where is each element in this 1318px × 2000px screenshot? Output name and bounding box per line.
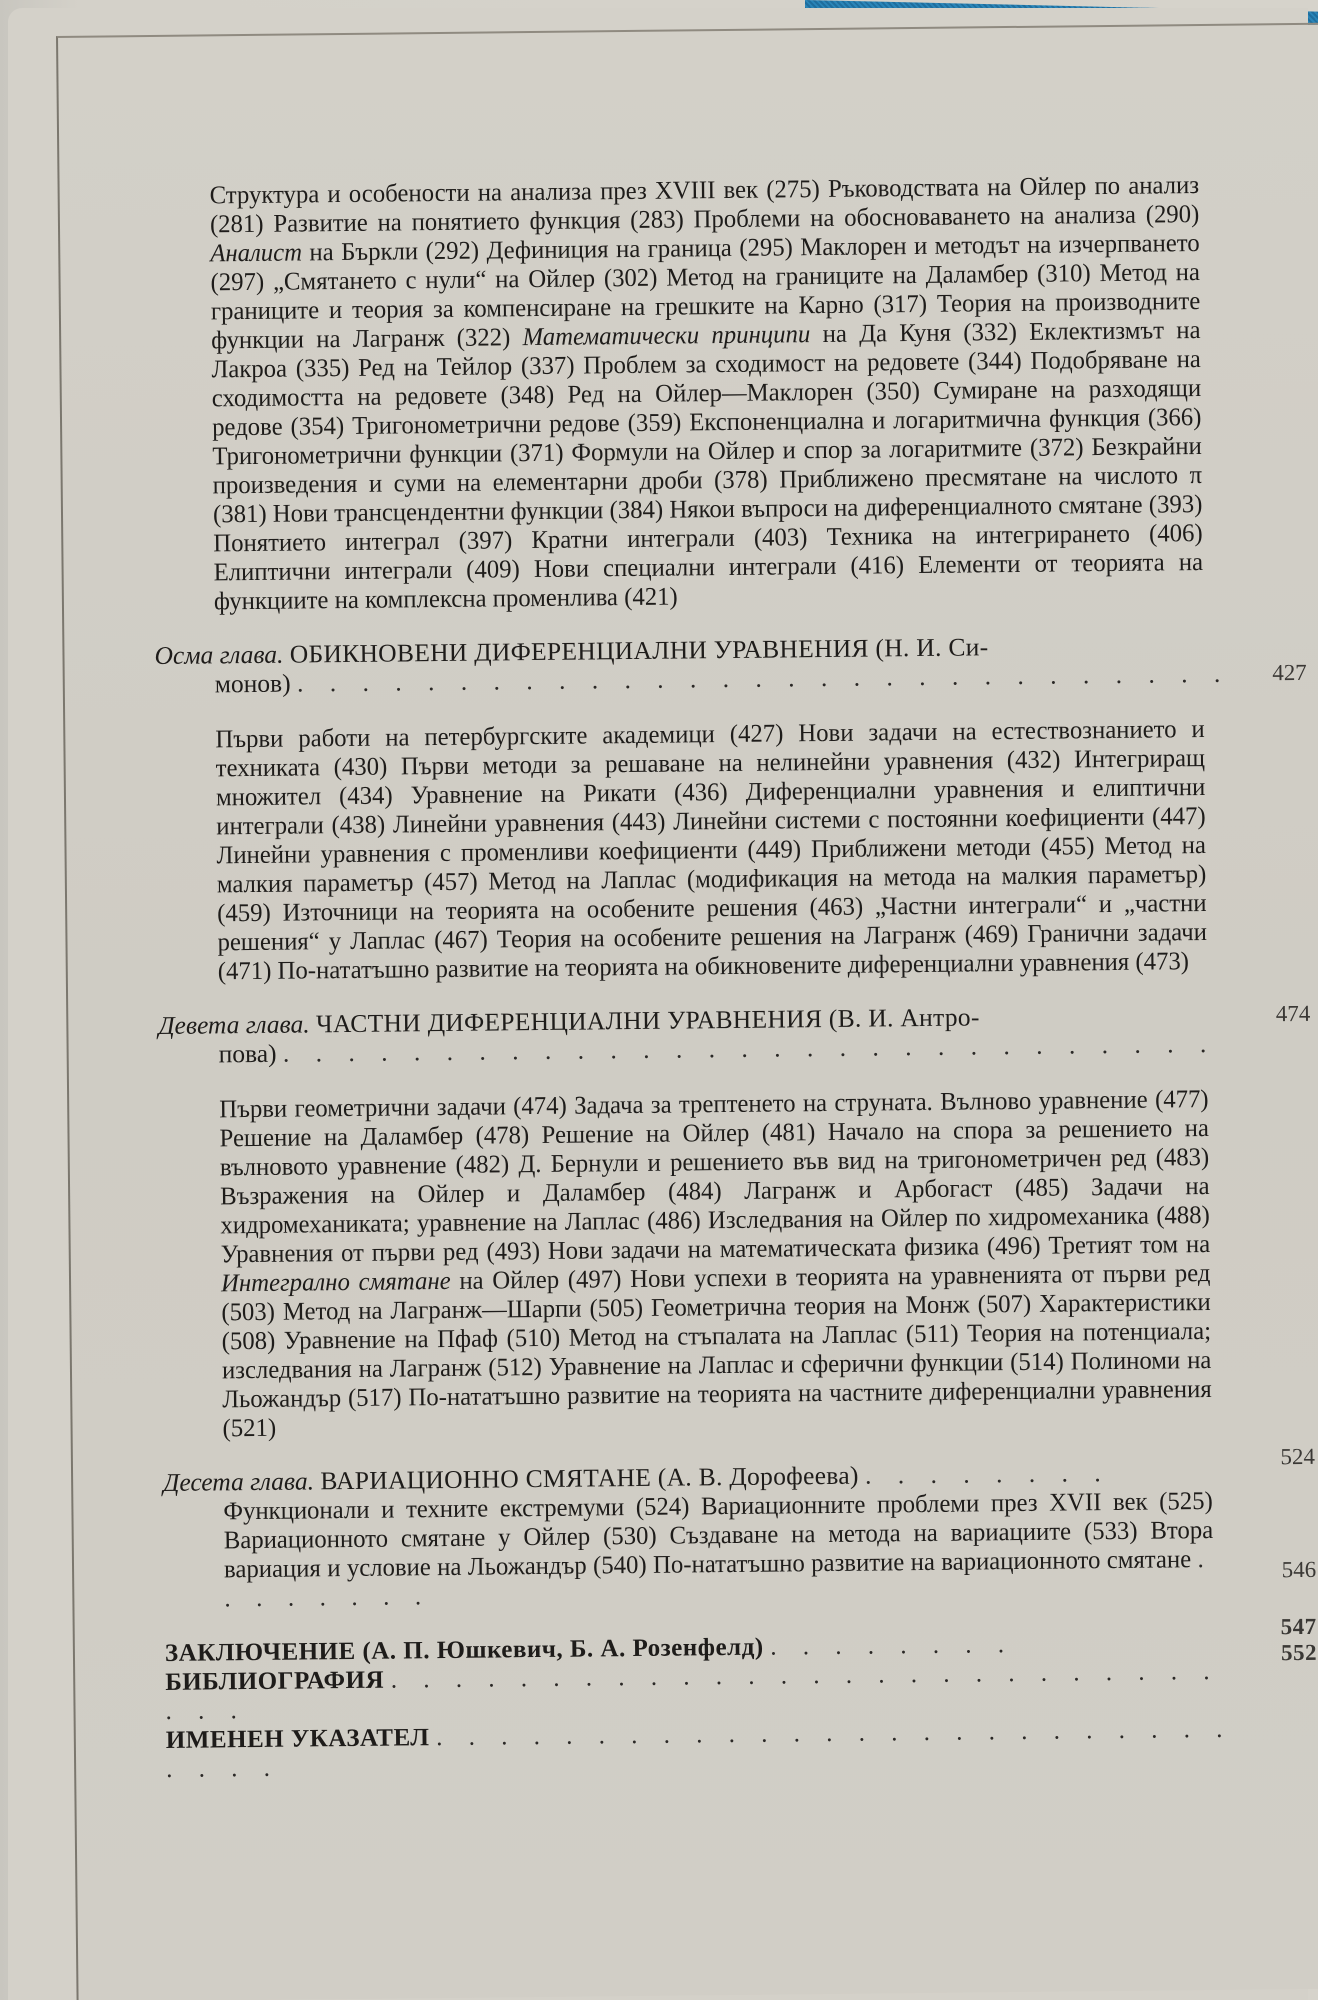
toc-entry-chapter-9[interactable]: Девета глава. ЧАСТНИ ДИФЕРЕНЦИАЛНИ УРАВН… xyxy=(158,1000,1239,1069)
italic-title: Аналист xyxy=(210,237,302,267)
book-page: Структура и особености на анализа през X… xyxy=(56,23,1318,2000)
table-of-contents: Структура и особености на анализа през X… xyxy=(149,143,1296,1783)
page-number: 546 xyxy=(1281,1557,1316,1583)
chapter-8-summary: Първи работи на петербургските академици… xyxy=(215,714,1207,985)
chapter-label: Девета глава. xyxy=(158,1009,310,1040)
chapter-title-continued: монов) xyxy=(215,669,291,699)
back-matter: ЗАКЛЮЧЕНИЕ (А. П. Юшкевич, Б. А. Розенфе… xyxy=(165,1627,1246,1783)
chapter-9-summary: Първи геометрични задачи (474) Задача за… xyxy=(219,1083,1212,1441)
page-number: 547 xyxy=(1281,1612,1317,1640)
page-number: 524 xyxy=(1280,1442,1315,1471)
chapter-title-continued: пова) xyxy=(219,1039,277,1069)
toc-entry-name-index[interactable]: ИМЕНЕН УКАЗАТЕЛ . . . . . . . . . . . . … xyxy=(166,1714,1247,1783)
italic-title: Интегрално смятане xyxy=(221,1265,451,1296)
chapter-10-summary: Функционали и техните екстремуми (524) В… xyxy=(223,1486,1214,1612)
page-number: 552 xyxy=(1281,1638,1317,1666)
leader-dots: . . . . . . . . xyxy=(865,1458,1111,1490)
page-number: 474 xyxy=(1276,999,1311,1028)
chapter-label: Десета глава. xyxy=(163,1466,314,1497)
toc-entry-chapter-8[interactable]: Осма глава. ОБИКНОВЕНИ ДИФЕРЕНЦИАЛНИ УРА… xyxy=(154,630,1235,699)
leader-dots: . . . . . . . . xyxy=(770,1631,1014,1661)
chapter-7-summary: Структура и особености на анализа през X… xyxy=(210,170,1204,615)
chapter-label: Осма глава. xyxy=(154,640,283,670)
italic-title: Математически принципи xyxy=(522,319,810,351)
page-number: 427 xyxy=(1272,658,1307,687)
